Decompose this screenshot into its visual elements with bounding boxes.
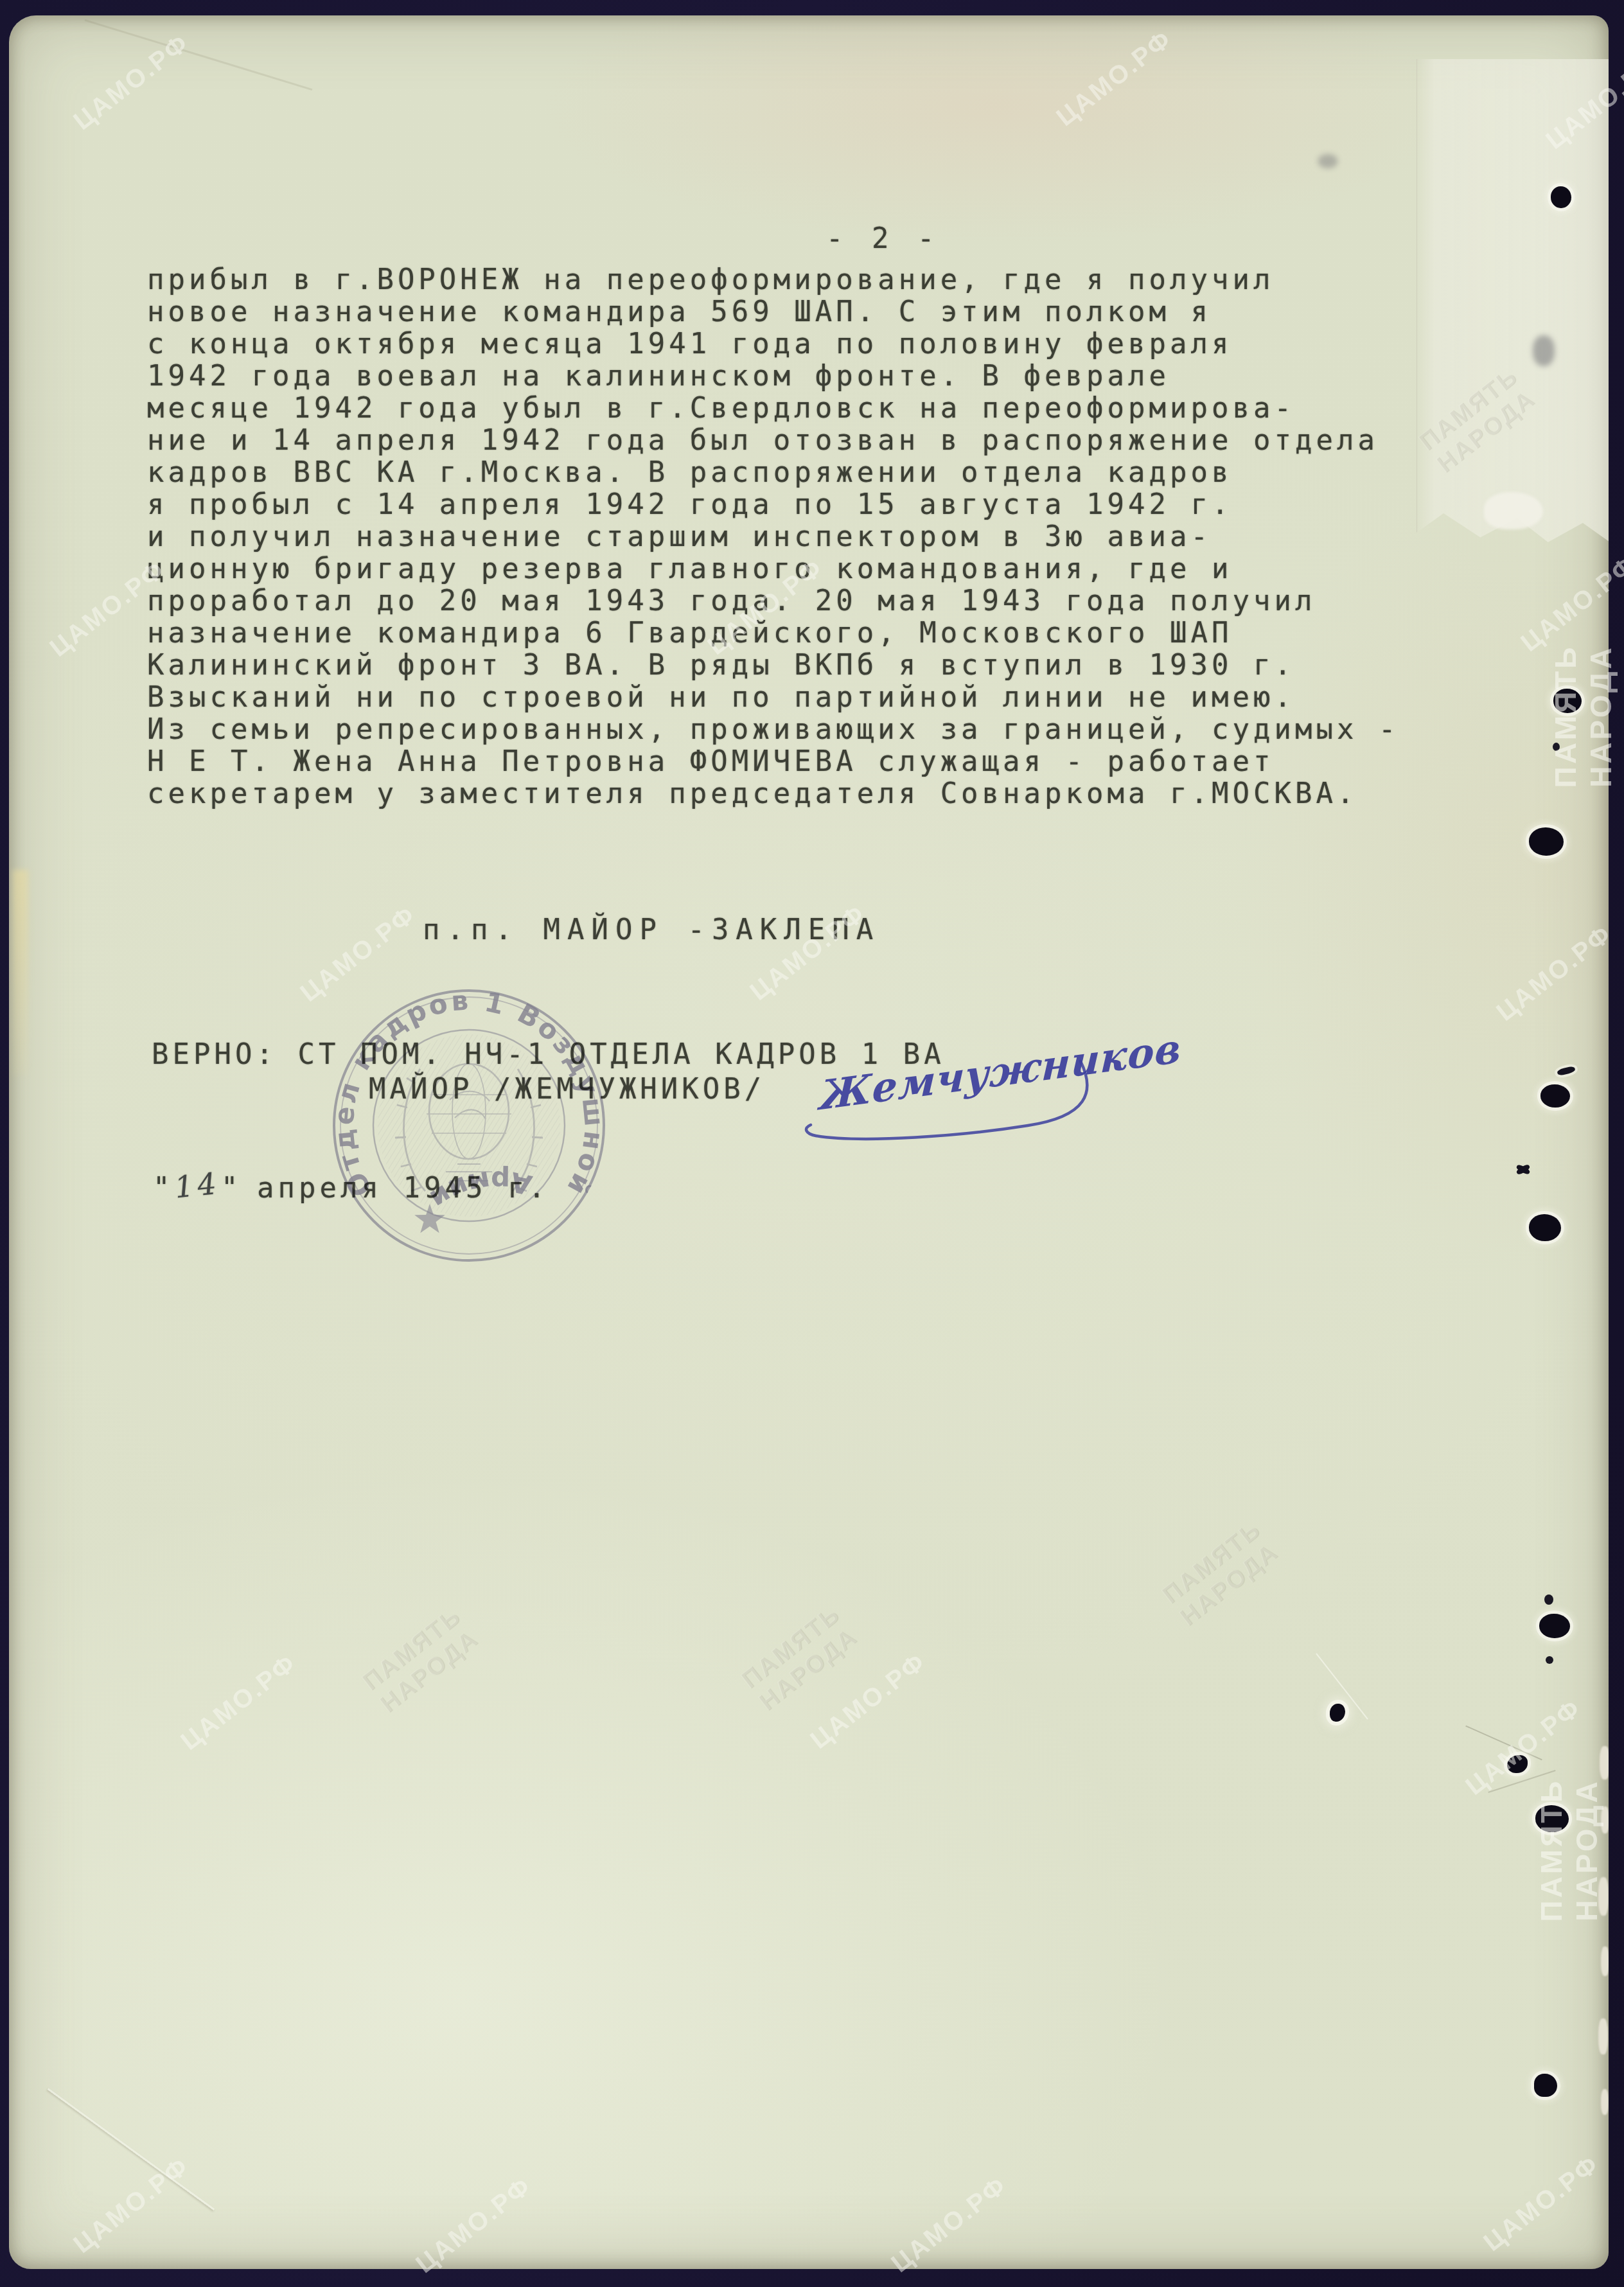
body-line: проработал до 20 мая 1943 года. 20 мая 1… — [147, 585, 1316, 617]
ink-smudge — [1533, 335, 1555, 366]
body-line: Взысканий ни по строевой ни по партийной… — [147, 681, 1295, 714]
edge-chip — [1598, 2018, 1608, 2054]
body-line: новое назначение командира 569 ШАП. С эт… — [147, 296, 1212, 328]
page-number: - 2 - — [826, 222, 940, 255]
body-line: секретарем у заместителя председателя Со… — [147, 777, 1357, 810]
date-line: апреля 1945 г. — [257, 1172, 549, 1205]
body-line: месяце 1942 года убыл в г.Свердловск на … — [147, 392, 1295, 425]
body-line: прибыл в г.ВОРОНЕЖ на переоформирование,… — [147, 263, 1274, 296]
watermark-memory-line: НАРОДА — [1570, 1779, 1603, 1921]
punch-hole — [1534, 2074, 1557, 2097]
body-line: Из семьи репресированных, проживающих за… — [147, 713, 1399, 746]
punch-hole — [1539, 1614, 1570, 1638]
watermark-memory-line: ПАМЯТЬ — [1549, 645, 1582, 788]
punch-hole — [1529, 827, 1564, 856]
paper-crease — [13, 870, 28, 1075]
punch-hole — [1529, 1214, 1561, 1241]
edge-chip — [1601, 2089, 1609, 2115]
ink-smudge — [1318, 154, 1337, 168]
punch-hole — [1551, 186, 1571, 208]
torn-paper-patch — [1484, 492, 1543, 529]
body-line: я пробыл с 14 апреля 1942 года по 15 авг… — [147, 488, 1233, 521]
body-line: ционную бригаду резерва главного командо… — [147, 552, 1233, 585]
signature-flourish — [806, 1061, 1087, 1139]
edge-chip — [1601, 1947, 1609, 1976]
signature: Жемчужников — [799, 1030, 1133, 1178]
paper-sheet: Отдел кадров 1 Воздушной Армии - 2 - при… — [9, 15, 1609, 2269]
torn-hole — [1330, 1704, 1345, 1722]
scan-background: Отдел кадров 1 Воздушной Армии - 2 - при… — [0, 0, 1624, 2287]
body-line: с конца октября месяца 1941 года по поло… — [147, 328, 1233, 360]
punch-hole — [1540, 1084, 1570, 1108]
round-stamp: Отдел кадров 1 Воздушной Армии — [289, 946, 649, 1305]
watermark-memory-line: ПАМЯТЬ — [1535, 1779, 1568, 1922]
date-day-handwritten: 14 — [175, 1168, 220, 1203]
body-line: ние и 14 апреля 1942 года был отозван в … — [147, 424, 1379, 457]
watermark-memory: ПАМЯТЬ НАРОДА — [1534, 1779, 1605, 1922]
body-line: 1942 года воевал на калининском фронте. … — [147, 360, 1170, 393]
watermark-memory-line: НАРОДА — [1584, 645, 1618, 788]
pin-hole — [1546, 1656, 1553, 1664]
date-quote-close: " — [221, 1172, 242, 1205]
paper-tear — [1557, 1066, 1576, 1076]
watermark-memory: ПАМЯТЬ НАРОДА — [1548, 645, 1619, 788]
certifier-line: МАЙОР /ЖЕМЧУЖНИКОВ/ — [369, 1073, 765, 1106]
body-line: Н Е Т. Жена Анна Петровна ФОМИЧЕВА служа… — [147, 745, 1274, 778]
pin-hole — [1544, 1594, 1553, 1605]
body-line: назначение командира 6 Гвардейского, Мос… — [147, 617, 1233, 649]
body-line: кадров ВВС КА г.Москва. В распоряжении о… — [147, 456, 1233, 489]
body-line: и получил назначение старшим инспектором… — [147, 520, 1212, 553]
edge-chip — [1600, 1746, 1609, 1779]
date-quote-open: " — [153, 1172, 174, 1205]
